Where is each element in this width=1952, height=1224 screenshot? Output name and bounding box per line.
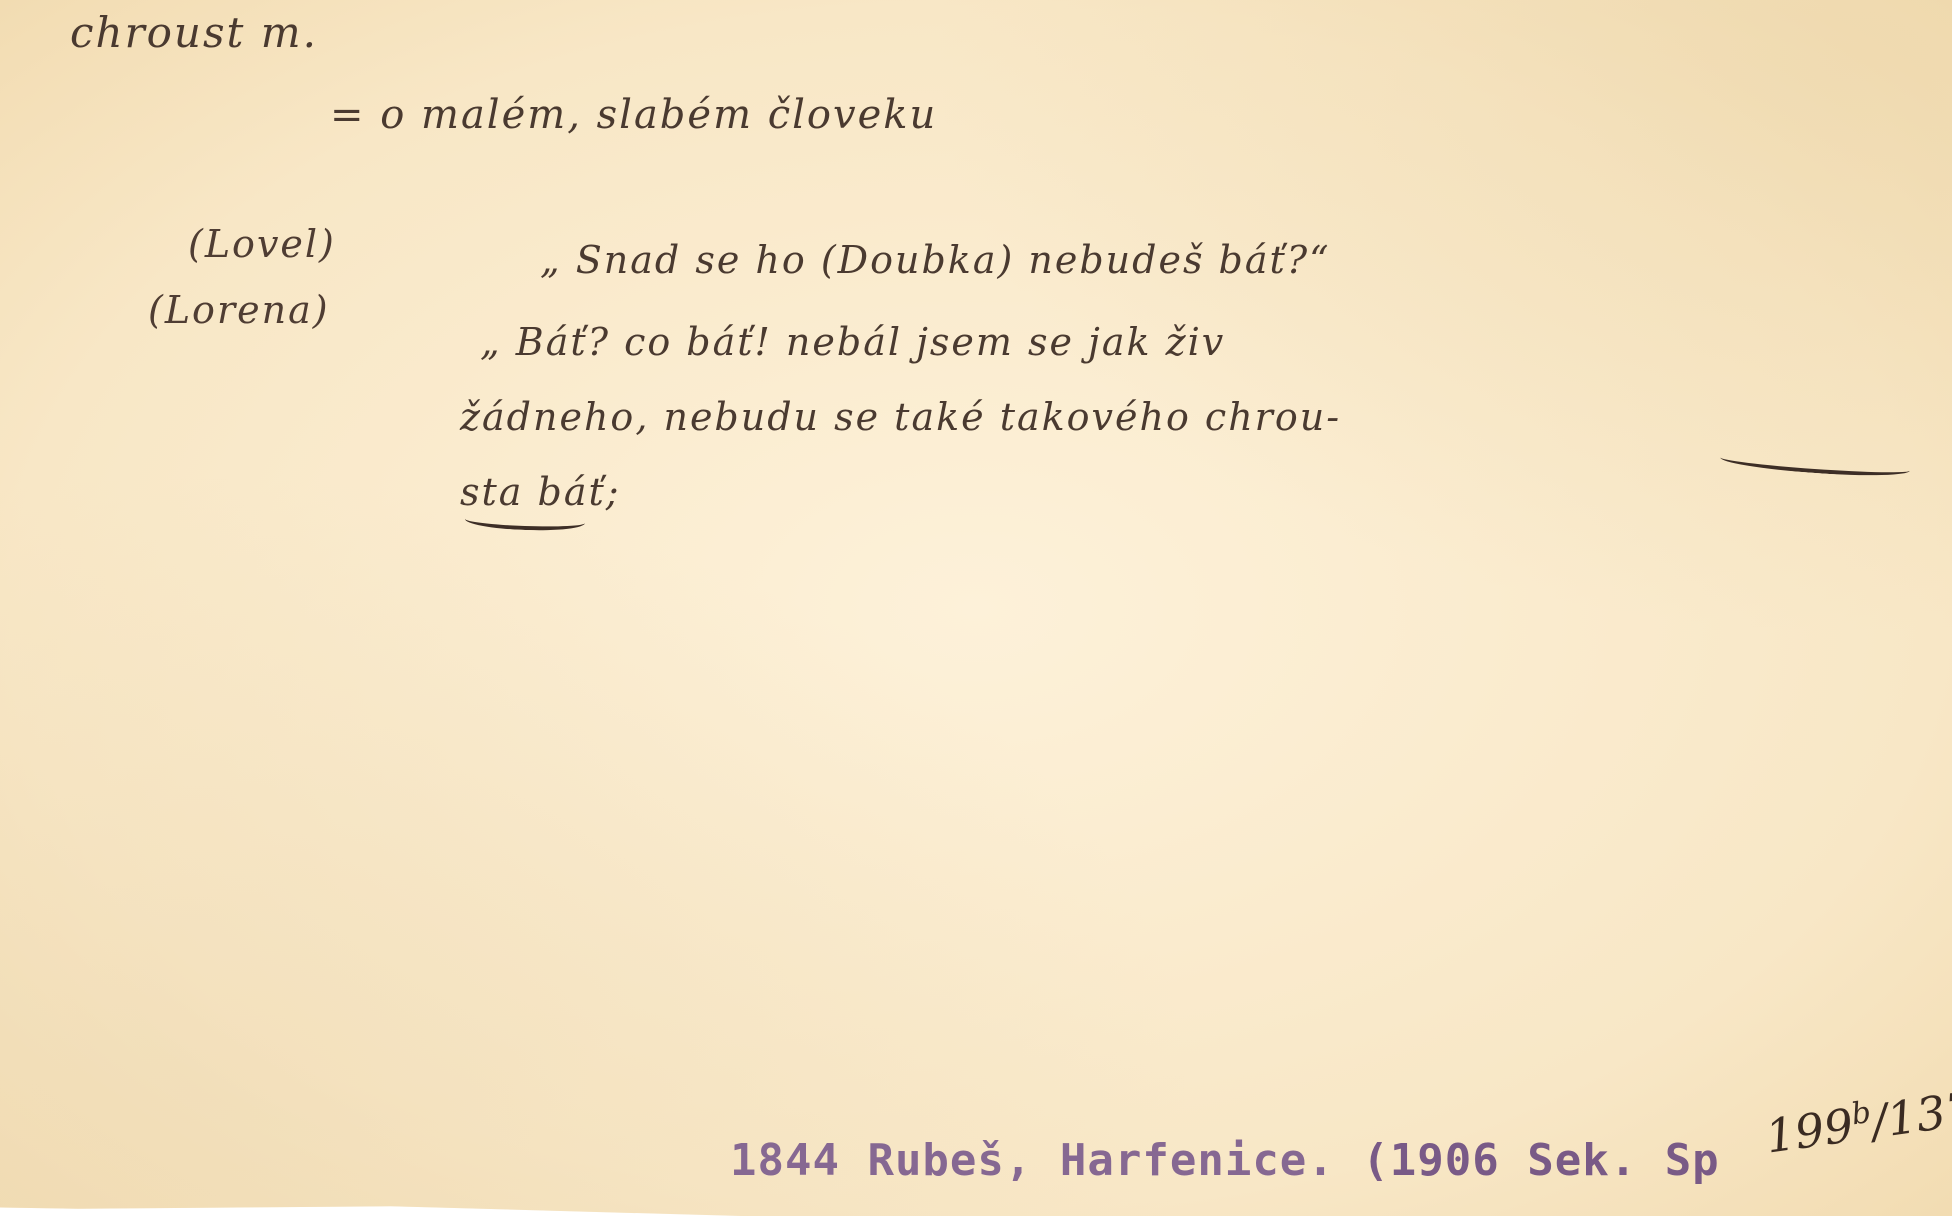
index-card: chroust m. = o malém, slabém človeku (Lo… xyxy=(0,0,1952,1216)
speaker-lorena: (Lorena) xyxy=(148,288,330,332)
ref-main: 199 xyxy=(1762,1098,1856,1164)
speaker-lovel: (Lovel) xyxy=(188,222,336,266)
citation-line-3: žádneho, nebudu se také takového chrou- xyxy=(460,395,1341,439)
citation-line-4: sta báť; xyxy=(460,470,621,514)
source-stamp: 1844 Rubeš, Harfenice. (1906 Sek. Sp xyxy=(730,1135,1720,1186)
stamp-source: 1844 Rubeš, Harfenice. xyxy=(730,1135,1335,1186)
reference-number: 199b/137 xyxy=(1762,1081,1952,1164)
headword: chroust m. xyxy=(70,8,318,57)
citation-line-1: „ Snad se ho (Doubka) nebudeš báť?“ xyxy=(540,238,1331,282)
definition: = o malém, slabém človeku xyxy=(330,92,937,138)
citation-line-2: „ Báť? co báť! nebál jsem se jak živ xyxy=(480,320,1225,364)
ref-suffix: /137 xyxy=(1868,1081,1952,1149)
wavy-underline-chrou xyxy=(1720,448,1911,479)
stamp-date-ref: (1906 Sek. Sp xyxy=(1362,1135,1719,1186)
